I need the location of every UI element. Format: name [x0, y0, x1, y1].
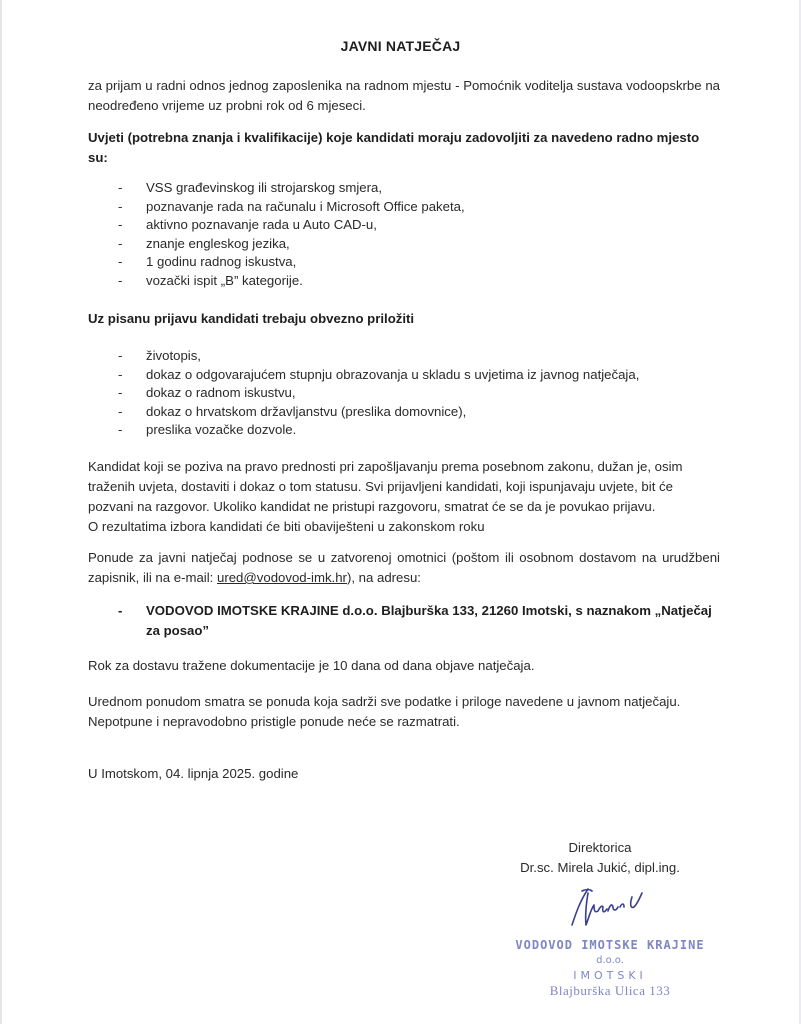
address-item: - VODOVOD IMOTSKE KRAJINE d.o.o. Blajbur… — [118, 601, 728, 641]
list-item: dokaz o odgovarajućem stupnju obrazovanj… — [118, 366, 639, 385]
list-item: znanje engleskog jezika, — [118, 235, 465, 254]
valid-offer-line-2: Nepotpune i nepravodobno pristigle ponud… — [88, 712, 720, 732]
list-item: 1 godinu radnog iskustva, — [118, 253, 465, 272]
stamp-city: IMOTSKI — [500, 968, 720, 983]
valid-offer-line-1: Urednom ponudom smatra se ponuda koja sa… — [88, 692, 720, 712]
signatory-name: Dr.sc. Mirela Jukić, dipl.ing. — [470, 858, 730, 878]
address-text: VODOVOD IMOTSKE KRAJINE d.o.o. Blajburšk… — [118, 601, 728, 641]
list-item: životopis, — [118, 347, 639, 366]
priority-paragraph: Kandidat koji se poziva na pravo prednos… — [88, 457, 720, 517]
place-date: U Imotskom, 04. lipnja 2025. godine — [88, 764, 720, 784]
list-item: vozački ispit „B” kategorije. — [118, 272, 465, 291]
submission-paragraph: Ponude za javni natječaj podnose se u za… — [88, 548, 720, 588]
list-item: poznavanje rada na računalu i Microsoft … — [118, 198, 465, 217]
deadline-text: Rok za dostavu tražene dokumentacije je … — [88, 656, 720, 676]
list-item: dokaz o hrvatskom državljanstvu (preslik… — [118, 403, 639, 422]
document-title: JAVNI NATJEČAJ — [0, 38, 801, 54]
results-line: O rezultatima izbora kandidati će biti o… — [88, 517, 720, 537]
stamp-company-name: VODOVOD IMOTSKE KRAJINE — [500, 938, 720, 953]
attachments-heading: Uz pisanu prijavu kandidati trebaju obve… — [88, 309, 720, 329]
submission-text-after: ), na adresu: — [347, 570, 421, 585]
list-item: dokaz o radnom iskustvu, — [118, 384, 639, 403]
address-bullet: - — [118, 601, 122, 621]
list-item: aktivno poznavanje rada u Auto CAD-u, — [118, 216, 465, 235]
conditions-heading: Uvjeti (potrebna znanja i kvalifikacije)… — [88, 128, 720, 168]
company-stamp: VODOVOD IMOTSKE KRAJINE d.o.o. IMOTSKI B… — [500, 938, 720, 998]
conditions-list: VSS građevinskog ili strojarskog smjera,… — [118, 179, 465, 290]
signature-icon — [558, 883, 658, 936]
attachments-list: životopis,dokaz o odgovarajućem stupnju … — [118, 347, 639, 440]
page-edge-left — [0, 0, 2, 1024]
list-item: VSS građevinskog ili strojarskog smjera, — [118, 179, 465, 198]
intro-paragraph: za prijam u radni odnos jednog zaposleni… — [88, 76, 720, 116]
stamp-legal-form: d.o.o. — [500, 953, 720, 968]
signatory-role: Direktorica — [470, 838, 730, 858]
stamp-address: Blajburška Ulica 133 — [500, 983, 720, 998]
list-item: preslika vozačke dozvole. — [118, 421, 639, 440]
email-link[interactable]: ured@vodovod-imk.hr — [217, 570, 347, 585]
